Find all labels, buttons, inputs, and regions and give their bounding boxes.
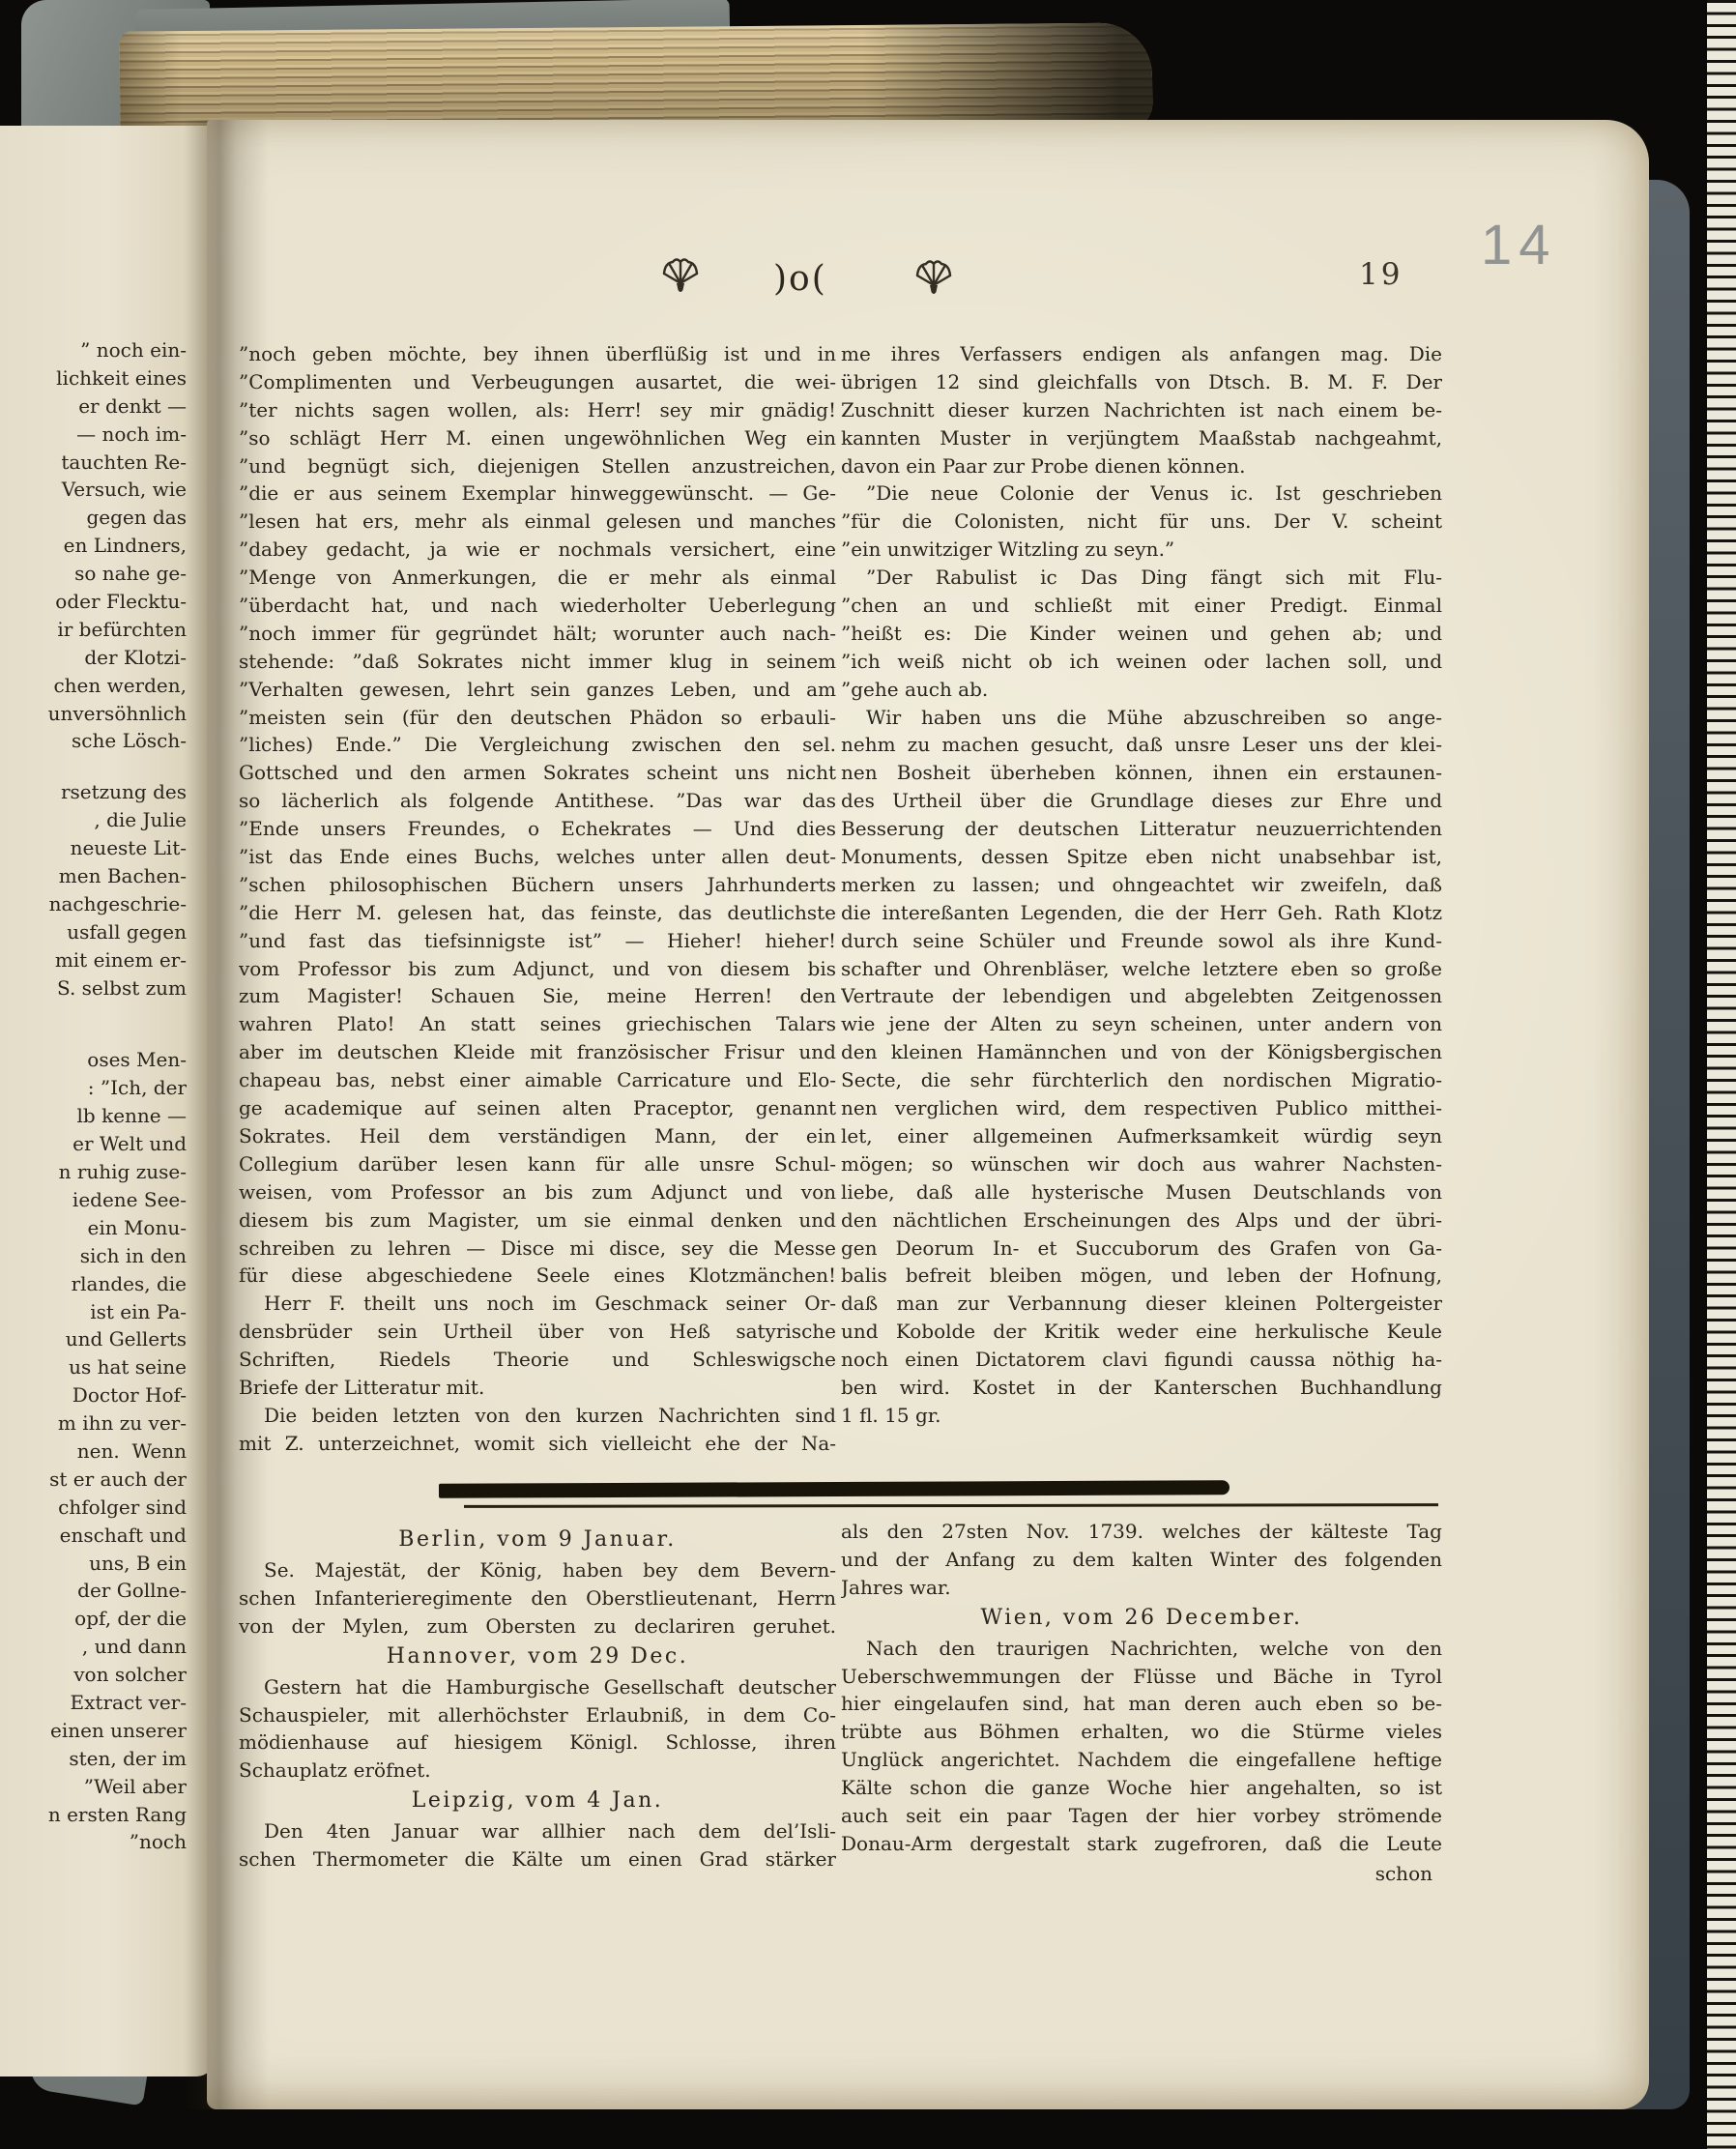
text-line: ”dabey gedacht, ja wie er nochmals versi… <box>239 536 836 564</box>
text-line: schreiben zu lehren — Disce mi disce, se… <box>239 1234 836 1263</box>
text-line: Schauspieler, mit allerhöchster Erlaubni… <box>239 1701 836 1729</box>
text-line: ist ein Pa- <box>0 1298 187 1326</box>
text-line: ”schen philosophischen Büchern unsers Ja… <box>239 871 836 899</box>
text-line: nen Bosheit überheben können, ihnen ein … <box>841 759 1442 787</box>
text-line: tauchten Re- <box>0 449 187 477</box>
text-line: zum Magister! Schauen Sie, meine Herren!… <box>239 982 836 1010</box>
text-line: nen. Wenn <box>0 1438 187 1466</box>
text-line: durch seine Schüler und Freunde sowol al… <box>841 927 1442 955</box>
text-line: sche Lösch- <box>0 727 187 755</box>
text-line: ”und fast das tiefsinnigste ist” — Hiehe… <box>239 927 836 955</box>
text-line: iedene See- <box>0 1186 187 1214</box>
text-line: Ueberschwemmungen der Flüsse und Bäche i… <box>841 1663 1442 1691</box>
text-line: ”Ende unsers Freundes, o Echekrates — Un… <box>239 815 836 843</box>
section-heading: Wien, vom 26 December. <box>841 1602 1442 1635</box>
text-line: ”Der Rabulist ic Das Ding fängt sich mit… <box>841 564 1442 592</box>
text-line: oder Flecktu- <box>0 588 187 616</box>
text-line: Die beiden letzten von den kurzen Nachri… <box>239 1402 836 1430</box>
text-line: unversöhnlich <box>0 700 187 728</box>
text-line: er Welt und <box>0 1130 187 1158</box>
text-line: chfolger sind <box>0 1494 187 1522</box>
text-line: ir befürchten <box>0 616 187 644</box>
text-line: chen werden, <box>0 672 187 700</box>
text-line: daß man zur Verbannung dieser kleinen Po… <box>841 1290 1442 1318</box>
text-line: den kleinen Hamännchen und von der König… <box>841 1038 1442 1066</box>
text-line: hier eingelaufen sind, hat man deren auc… <box>841 1690 1442 1718</box>
text-line: davon ein Paar zur Probe dienen können. <box>841 452 1442 480</box>
text-line: st er auch der <box>0 1466 187 1494</box>
text-line: und Kobolde der Kritik weder eine herkul… <box>841 1318 1442 1346</box>
fragment-block: oses Men-: ”Ich, derlb kenne —er Welt un… <box>0 1046 187 1856</box>
text-line: Secte, die sehr fürchterlich den nordisc… <box>841 1066 1442 1094</box>
text-line: , und dann <box>0 1633 187 1661</box>
text-line: ”ist das Ende eines Buchs, welches unter… <box>239 843 836 871</box>
text-line: den nächtlichen Erscheinungen des Alps u… <box>841 1206 1442 1234</box>
section-divider-rule <box>464 1503 1438 1508</box>
text-line: S. selbst zum <box>0 974 187 1002</box>
scan-background: ” noch ein-lichkeit eineser denkt —— noc… <box>0 0 1736 2149</box>
text-line: nachgeschrie- <box>0 890 187 918</box>
pencil-folio-number: 14 <box>1481 213 1557 277</box>
text-line: Vertraute der lebendigen und abgelebten … <box>841 982 1442 1010</box>
shell-ornament-right-icon <box>911 255 957 304</box>
text-line: 1 fl. 15 gr. <box>841 1402 1442 1430</box>
text-line: auch seit ein paar Tagen der hier vorbey… <box>841 1802 1442 1830</box>
text-line: Gottsched und den armen Sokrates scheint… <box>239 759 836 787</box>
text-line: — noch im- <box>0 421 187 449</box>
review-left-column: ”noch geben möchte, bey ihnen überflüßig… <box>239 340 836 1458</box>
text-line: ”chen an und schließt mit einer Predigt.… <box>841 592 1442 620</box>
text-line: ”meisten sein (für den deutschen Phädon … <box>239 704 836 732</box>
text-line: balis befreit bleiben mögen, und leben d… <box>841 1262 1442 1290</box>
shell-ornament-left-icon <box>657 253 704 302</box>
text-line: ”noch geben möchte, bey ihnen überflüßig… <box>239 340 836 368</box>
text-line: men Bachen- <box>0 862 187 890</box>
text-line: schen Infanterieregimente den Oberstlieu… <box>239 1584 836 1612</box>
text-line: ”Complimenten und Verbeugungen ausartet,… <box>239 368 836 396</box>
text-line: en Lindners, <box>0 532 187 560</box>
text-line: usfall gegen <box>0 918 187 946</box>
text-line: so lächerlich als folgende Antithese. ”D… <box>239 787 836 815</box>
facing-page-text: ” noch ein-lichkeit eineser denkt —— noc… <box>0 126 187 1856</box>
text-line: Sokrates. Heil dem verständigen Mann, de… <box>239 1122 836 1150</box>
text-line: einen unserer <box>0 1717 187 1745</box>
text-line: Versuch, wie <box>0 476 187 504</box>
text-line: weisen, vom Professor an bis zum Adjunct… <box>239 1178 836 1206</box>
text-line: gegen das <box>0 504 187 532</box>
text-line: Unglück angerichtet. Nachdem die eingefa… <box>841 1746 1442 1774</box>
section-heading: Berlin, vom 9 Januar. <box>239 1524 836 1556</box>
text-line: ein Monu- <box>0 1214 187 1242</box>
text-line: oses Men- <box>0 1046 187 1074</box>
text-line: Zuschnitt dieser kurzen Nachrichten ist … <box>841 396 1442 424</box>
text-line: ”überdacht hat, und nach wiederholter Ue… <box>239 592 836 620</box>
text-line: vom Professor bis zum Adjunct, und von d… <box>239 955 836 983</box>
text-line: wie jene der Alten zu seyn scheinen, unt… <box>841 1010 1442 1038</box>
main-page: )o( 19 14 ”noch geben möchte, bey ihnen … <box>207 120 1649 2109</box>
text-line: für diese abgeschiedene Seele eines Klot… <box>239 1262 836 1290</box>
text-line: rsetzung des <box>0 778 187 806</box>
text-line: ”lesen hat ers, mehr als einmal gelesen … <box>239 508 836 536</box>
text-line: Kälte schon die ganze Woche hier angehal… <box>841 1774 1442 1802</box>
text-line: Doctor Hof- <box>0 1381 187 1409</box>
text-line: Se. Majestät, der König, haben bey dem B… <box>239 1556 836 1584</box>
text-line: als den 27sten Nov. 1739. welches der kä… <box>841 1518 1442 1546</box>
text-line: ” noch ein- <box>0 336 187 364</box>
text-line: ”die Herr M. gelesen hat, das feinste, d… <box>239 899 836 927</box>
section-heading: Leipzig, vom 4 Jan. <box>239 1785 836 1817</box>
text-line: Den 4ten Januar war allhier nach dem del… <box>239 1817 836 1845</box>
text-line: Briefe der Litteratur mit. <box>239 1374 836 1402</box>
text-line: von solcher <box>0 1661 187 1689</box>
text-line: rlandes, die <box>0 1270 187 1298</box>
text-line: neueste Lit- <box>0 834 187 862</box>
text-line: n ersten Rang <box>0 1801 187 1829</box>
text-line: m ihn zu ver- <box>0 1409 187 1438</box>
text-line: Jahres war. <box>841 1574 1442 1602</box>
text-line: mit Z. unterzeichnet, womit sich viellei… <box>239 1430 836 1458</box>
fragment-block: rsetzung des, die Julieneueste Lit-men B… <box>0 778 187 1002</box>
text-line: des Urtheil über die Grundlage dieses zu… <box>841 787 1442 815</box>
text-line: nehm zu machen gesucht, daß unsre Leser … <box>841 731 1442 759</box>
text-line: ”ter nichts sagen wollen, als: Herr! sey… <box>239 396 836 424</box>
text-line: schen Thermometer die Kälte um einen Gra… <box>239 1845 836 1873</box>
text-line: ”die er aus seinem Exemplar hinweggewüns… <box>239 479 836 508</box>
text-line: Nach den traurigen Nachrichten, welche v… <box>841 1635 1442 1663</box>
text-line: Monuments, dessen Spitze eben nicht unab… <box>841 843 1442 871</box>
text-line: Besserung der deutschen Litteratur neuzu… <box>841 815 1442 843</box>
news-left-column: Berlin, vom 9 Januar.Se. Majestät, der K… <box>239 1524 836 1873</box>
text-line: , die Julie <box>0 806 187 834</box>
text-line: lb kenne — <box>0 1102 187 1130</box>
text-line: trübte aus Böhmen erhalten, wo die Stürm… <box>841 1718 1442 1746</box>
text-line: ben wird. Kostet in der Kanterschen Buch… <box>841 1374 1442 1402</box>
text-line: ”und begnügt sich, diejenigen Stellen an… <box>239 452 836 480</box>
text-line: die intereßanten Legenden, die der Herr … <box>841 899 1442 927</box>
text-line: mögen; so wünschen wir doch aus wahrer N… <box>841 1150 1442 1178</box>
text-line: und Gellerts <box>0 1325 187 1353</box>
review-right-column: me ihres Verfassers endigen als anfangen… <box>841 340 1442 1430</box>
text-line: Gestern hat die Hamburgische Gesellschaf… <box>239 1673 836 1701</box>
text-line: übrigen 12 sind gleichfalls von Dtsch. B… <box>841 368 1442 396</box>
ruler-ticks <box>1707 0 1736 2149</box>
text-line: opf, der die <box>0 1605 187 1633</box>
text-line: der Gollne- <box>0 1577 187 1605</box>
text-line: schafter und Ohrenbläser, welche letzter… <box>841 955 1442 983</box>
text-line: chapeau bas, nebst einer aimable Carrica… <box>239 1066 836 1094</box>
text-line: n ruhig zuse- <box>0 1158 187 1186</box>
text-line: gen Deorum In- et Succuborum des Grafen … <box>841 1234 1442 1263</box>
text-line: mit einem er- <box>0 946 187 974</box>
text-line: nen verglichen wird, dem respectiven Pub… <box>841 1094 1442 1122</box>
text-line: so nahe ge- <box>0 560 187 588</box>
text-line: ”gehe auch ab. <box>841 676 1442 704</box>
text-line: Schriften, Riedels Theorie und Schleswig… <box>239 1346 836 1374</box>
text-line: Collegium darüber lesen kann für alle un… <box>239 1150 836 1178</box>
text-line: lichkeit eines <box>0 364 187 392</box>
text-line: ”ein unwitziger Witzling zu seyn.” <box>841 536 1442 564</box>
catchword: schon <box>841 1858 1442 1889</box>
text-line: us hat seine <box>0 1353 187 1381</box>
text-line: ”für die Colonisten, nicht für uns. Der … <box>841 508 1442 536</box>
text-line: densbrüder sein Urtheil über von Heß sat… <box>239 1318 836 1346</box>
ruler-strip <box>1699 0 1736 2149</box>
text-line: stehende: ”daß Sokrates nicht immer klug… <box>239 648 836 676</box>
text-line: noch einen Dictatorem clavi figundi caus… <box>841 1346 1442 1374</box>
text-line: sten, der im <box>0 1745 187 1773</box>
printed-page-number: 19 <box>1359 257 1403 292</box>
news-right-column: als den 27sten Nov. 1739. welches der kä… <box>841 1518 1442 1889</box>
text-line: ”Menge von Anmerkungen, die er mehr als … <box>239 564 836 592</box>
text-line: Donau-Arm dergestalt stark zugefroren, d… <box>841 1830 1442 1858</box>
text-line: diesem bis zum Magister, um sie einmal d… <box>239 1206 836 1234</box>
text-line: ”liches) Ende.” Die Vergleichung zwische… <box>239 731 836 759</box>
text-line: ”Verhalten gewesen, lehrt sein ganzes Le… <box>239 676 836 704</box>
text-line: me ihres Verfassers endigen als anfangen… <box>841 340 1442 368</box>
text-line: Extract ver- <box>0 1689 187 1717</box>
header-center-mark: )o( <box>773 259 827 299</box>
text-line: let, einer allgemeinen Aufmerksamkeit wü… <box>841 1122 1442 1150</box>
text-line: wahren Plato! An statt seines griechisch… <box>239 1010 836 1038</box>
text-line: enschaft und <box>0 1522 187 1550</box>
text-line: ”heißt es: Die Kinder weinen und gehen a… <box>841 620 1442 648</box>
text-line: er denkt — <box>0 392 187 421</box>
section-heading: Hannover, vom 29 Dec. <box>239 1641 836 1673</box>
text-line: merken zu lassen; und ohngeachtet wir zw… <box>841 871 1442 899</box>
text-line: ”Weil aber <box>0 1773 187 1801</box>
text-line: ge academique auf seinen alten Praceptor… <box>239 1094 836 1122</box>
section-divider-bar <box>439 1480 1230 1498</box>
text-line: der Klotzi- <box>0 644 187 672</box>
text-line: ”noch immer für gegründet hält; worunter… <box>239 620 836 648</box>
text-line: uns, B ein <box>0 1550 187 1578</box>
text-line: ”ich weiß nicht ob ich weinen oder lache… <box>841 648 1442 676</box>
text-line: ”so schlägt Herr M. einen ungewöhnlichen… <box>239 424 836 452</box>
news-right-sections: als den 27sten Nov. 1739. welches der kä… <box>841 1518 1442 1858</box>
facing-page-sliver: ” noch ein-lichkeit eineser denkt —— noc… <box>0 126 216 2076</box>
text-line: sich in den <box>0 1242 187 1270</box>
text-line: von der Mylen, zum Obersten zu declarire… <box>239 1612 836 1641</box>
text-line: aber im deutschen Kleide mit französisch… <box>239 1038 836 1066</box>
text-line: Wir haben uns die Mühe abzuschreiben so … <box>841 704 1442 732</box>
text-line: mödienhause auf hiesigem Königl. Schloss… <box>239 1728 836 1757</box>
text-line: Herr F. theilt uns noch im Geschmack sei… <box>239 1290 836 1318</box>
text-line: : ”Ich, der <box>0 1074 187 1102</box>
text-line: ”noch <box>0 1828 187 1856</box>
fragment-block: ” noch ein-lichkeit eineser denkt —— noc… <box>0 336 187 755</box>
text-line: und der Anfang zu dem kalten Winter des … <box>841 1546 1442 1574</box>
text-line: Schauplatz eröfnet. <box>239 1757 836 1785</box>
text-line: ”Die neue Colonie der Venus ic. Ist gesc… <box>841 479 1442 508</box>
text-line: kannten Muster in verjüngtem Maaßstab na… <box>841 424 1442 452</box>
text-line: liebe, daß alle hysterische Musen Deutsc… <box>841 1178 1442 1206</box>
